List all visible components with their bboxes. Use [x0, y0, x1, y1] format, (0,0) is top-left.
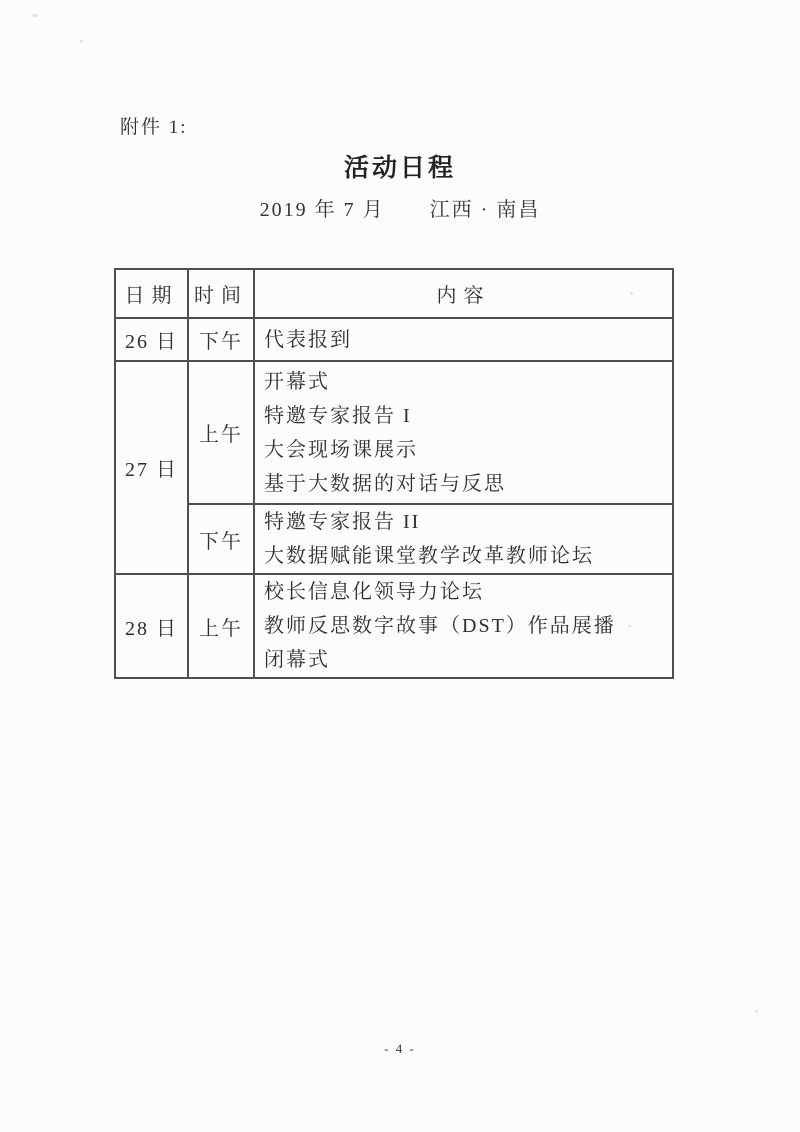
header-date: 日期: [115, 269, 188, 318]
date-cell: 27 日: [115, 361, 188, 574]
page-number: - 4 -: [0, 1041, 800, 1057]
time-cell: 上午: [188, 574, 254, 678]
table-header-row: 日期 时间 内容: [115, 269, 673, 318]
schedule-item: 特邀专家报告 II: [264, 505, 672, 539]
document-subtitle: 2019 年 7 月 江西 · 南昌: [0, 193, 800, 222]
schedule-item: 大数据赋能课堂教学改革教师论坛: [264, 539, 672, 573]
event-location: 江西 · 南昌: [430, 193, 541, 222]
date-cell: 26 日: [115, 318, 188, 361]
schedule-table: 日期 时间 内容 26 日 下午 代表报到 27 日 上午 开幕式 特邀专家报告…: [114, 268, 674, 679]
schedule-item: 校长信息化领导力论坛: [264, 575, 672, 609]
schedule-item: 开幕式: [264, 365, 672, 399]
header-content: 内容: [254, 269, 673, 318]
content-cell: 特邀专家报告 II 大数据赋能课堂教学改革教师论坛: [254, 504, 673, 574]
document-title: 活动日程: [0, 148, 800, 184]
content-cell: 校长信息化领导力论坛 教师反思数字故事（DST）作品展播 闭幕式: [254, 574, 673, 678]
scanned-document-page: 附件 1: 活动日程 2019 年 7 月 江西 · 南昌 日期 时间 内容 2…: [0, 0, 800, 1132]
scan-speck: [80, 40, 83, 43]
event-date: 2019 年 7 月: [260, 193, 385, 222]
content-cell: 开幕式 特邀专家报告 I 大会现场课展示 基于大数据的对话与反思: [254, 361, 673, 504]
table-row-26: 26 日 下午 代表报到: [115, 318, 673, 361]
schedule-item: 教师反思数字故事（DST）作品展播: [264, 609, 672, 643]
time-cell: 上午: [188, 361, 254, 504]
attachment-label: 附件 1:: [120, 112, 188, 139]
time-cell: 下午: [188, 318, 254, 361]
content-cell: 代表报到: [254, 318, 673, 361]
scan-speck: [32, 14, 38, 17]
schedule-item: 特邀专家报告 I: [264, 399, 672, 433]
schedule-item: 代表报到: [264, 323, 672, 357]
time-cell: 下午: [188, 504, 254, 574]
schedule-item: 基于大数据的对话与反思: [264, 467, 672, 501]
table-row-27-morning: 27 日 上午 开幕式 特邀专家报告 I 大会现场课展示 基于大数据的对话与反思: [115, 361, 673, 504]
date-cell: 28 日: [115, 574, 188, 678]
table-row-27-afternoon: 下午 特邀专家报告 II 大数据赋能课堂教学改革教师论坛: [115, 504, 673, 574]
schedule-item: 闭幕式: [264, 643, 672, 677]
table-row-28-morning: 28 日 上午 校长信息化领导力论坛 教师反思数字故事（DST）作品展播 闭幕式: [115, 574, 673, 678]
header-time: 时间: [188, 269, 254, 318]
schedule-item: 大会现场课展示: [264, 433, 672, 467]
scan-speck: [755, 1010, 758, 1013]
